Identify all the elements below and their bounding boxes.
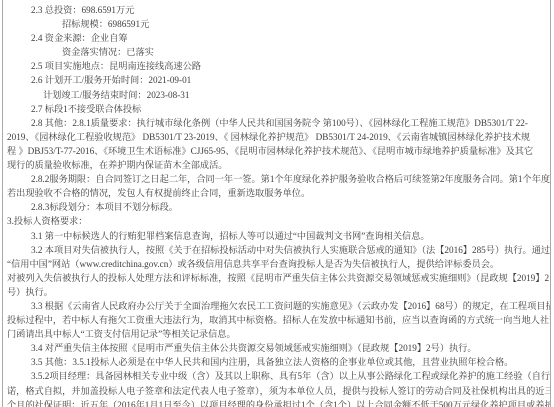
document-line: 程 》DBJ53/T-77-2016、《环境卫生术语标准》CJJ65-95、《昆…: [7, 144, 548, 158]
document-line: 招标规模：6986591元: [7, 17, 548, 31]
document-line: 2.8.2服务期限：自合同签订之日起二年，合同一年一签。第1个年度绿化养护服务验…: [7, 172, 548, 186]
document-line: 2.6 计划开工/服务开始时间：2021-09-01: [7, 73, 548, 87]
document-line: 诺，格式自拟，并加盖投标人电子签章和法定代表人电子签章），须为本单位人员，提供与…: [7, 384, 548, 398]
document-line: 2.8.3标段划分：本项目不划分标段。: [7, 200, 548, 214]
tender-notice-document: 2.3 总投资：698.6591万元招标规模：6986591元2.4 资金来源：…: [2, 0, 551, 407]
document-line: 2.7 标段1不接受联合体投标: [7, 102, 548, 116]
document-line: 3.2 本项目对失信被执行人，按照《关于在招标投标活动中对失信被执行人实施联合惩…: [7, 243, 548, 257]
document-line: 3.4 对严重失信主体按照《昆明市严重失信主体公共资源交易领域惩戒实施细则》（昆…: [7, 341, 548, 355]
document-line: 3.5.2项目经理：具备园林相关专业中级（含）及其以上职称、具有5年（含）以上从…: [7, 369, 548, 383]
document-line: 个月的社保证明；近五年（2016年1月1日至今）以项目经理的身份承担过1个（含1…: [7, 398, 548, 407]
document-line: 门函请出具中标人“工资支付信用记录”等相关记录信息。: [7, 327, 548, 341]
document-line: 现行的质量验收标准，在养护期内保证苗木全部成活。: [7, 158, 548, 172]
document-line: 投标过程中，若中标人有拖欠工资重大违法行为，取消其中标资格。招标人在发放中标通知…: [7, 313, 548, 327]
document-lines: 2.3 总投资：698.6591万元招标规模：6986591元2.4 资金来源：…: [7, 3, 548, 407]
document-line: 3.投标人资格要求：: [7, 214, 548, 228]
document-line: 若出现验收不合格的情况，发包人有权提前终止合同，重新选取服务单位。: [7, 186, 548, 200]
document-line: 3.3 根据《云南省人民政府办公厅关于全面治理拖欠农民工工资问题的实施意见》（云…: [7, 299, 548, 313]
document-line: “信用中国”网站（www.creditchina.gov.cn）或各级信用信息共…: [7, 257, 548, 271]
page: 2.3 总投资：698.6591万元招标规模：6986591元2.4 资金来源：…: [0, 0, 554, 407]
document-line: 3.5 其他：3.5.1投标人必须是在中华人民共和国内注册，具备独立法人资格的企…: [7, 355, 548, 369]
document-line: 2.3 总投资：698.6591万元: [7, 3, 548, 17]
document-line: 2019、《园林绿化工程验收规范》 DB5301/T 23-2019、《 园林绿…: [7, 130, 548, 144]
document-line: 资金落实情况：已落实: [7, 45, 548, 59]
document-line: 2.5 项目实施地点：昆明南连接线高速公路: [7, 59, 548, 73]
document-line: 计划竣工/服务结束时间：2023-08-31: [7, 88, 548, 102]
document-line: 2.4 资金来源：企业自筹: [7, 31, 548, 45]
document-line: 3.1 第一中标候选人的行贿犯罪档案信息查询，招标人等可以通过“中国裁判文书网”…: [7, 229, 548, 243]
document-line: 号）执行。: [7, 285, 548, 299]
document-line: 对被列入失信被执行人的投标人处理方法和评标标准，按照《昆明市严重失信主体公共资源…: [7, 271, 548, 285]
document-line: 2.8 其他：2.8.1质量要求：执行城市绿化条例（中华人民共和国国务院令 第1…: [7, 116, 548, 130]
